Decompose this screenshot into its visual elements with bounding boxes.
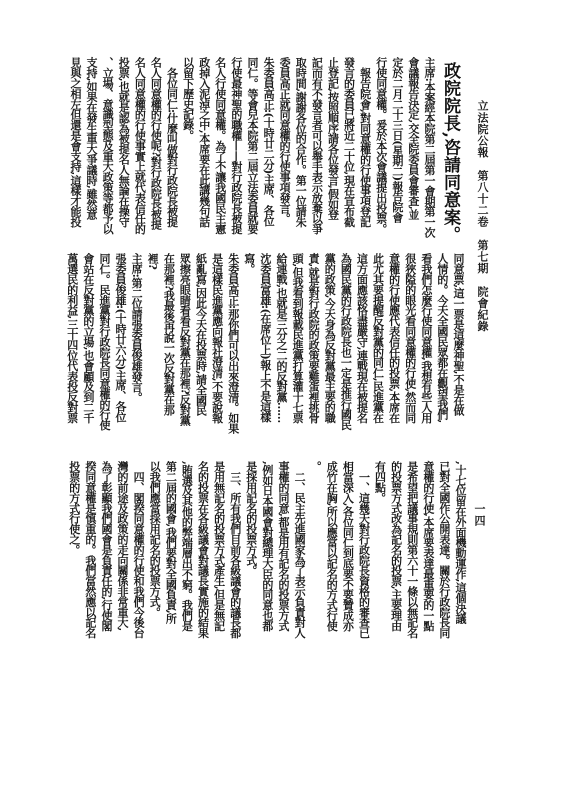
text-band-top: 主席:本案經本院第二屆第一會期第一次 會議報告決定,交全院委員會審查,並 定於二…: [67, 57, 437, 257]
running-header: 立法院公報 第八十二卷 第七期 院會紀錄: [474, 100, 490, 332]
page-number: 一四: [471, 503, 487, 527]
text-band-bottom: ,十七位留在外面機動運作,這個決議 已對全國作公開表達。關於行政院長同 意權的行…: [66, 461, 468, 647]
page-title: 政院院長,咨請同意案。: [438, 62, 463, 243]
text-band-middle: 同意票,這一票是這麼神聖,不是在做 人情的。今天全國民眾都在觀望我們, 看我們怎…: [64, 253, 466, 449]
gazette-page: 立法院公報 第八十二卷 第七期 院會紀錄 政院院長,咨請同意案。 主席:本案經本…: [0, 0, 562, 800]
